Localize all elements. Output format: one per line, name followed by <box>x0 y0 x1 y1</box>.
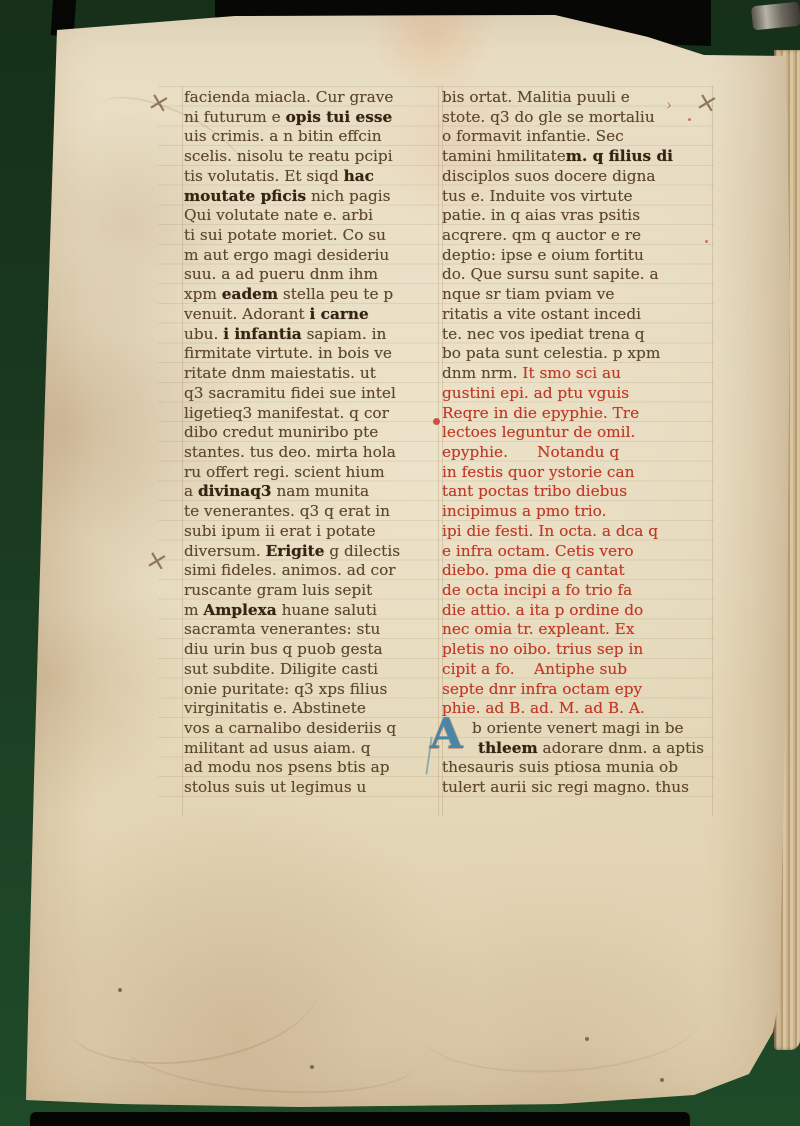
ink-speck <box>118 988 122 992</box>
ink-speck <box>585 1037 589 1041</box>
manuscript-text-line: ubu. i infantia sapiam. in <box>184 325 438 345</box>
red-speck <box>705 240 708 243</box>
manuscript-text-line: xpm eadem stella peu te p <box>184 285 438 305</box>
manuscript-text-line: stantes. tus deo. mirta hola <box>184 443 438 463</box>
manuscript-text-line: acqrere. qm q auctor e re <box>442 226 712 246</box>
manuscript-text-line: tulert aurii sic regi magno. thus <box>442 778 712 798</box>
manuscript-text-line: firmitate virtute. in bois ve <box>184 344 438 364</box>
manuscript-text-line: scelis. nisolu te reatu pcipi <box>184 147 438 167</box>
manuscript-text-line: nque sr tiam pviam ve <box>442 285 712 305</box>
manuscript-text-line: e infra octam. Cetis vero <box>442 542 712 562</box>
manuscript-text-line: ni futurum e opis tui esse <box>184 108 438 128</box>
manuscript-text-line: uis crimis. a n bitin effcin <box>184 127 438 147</box>
manuscript-text-line: die attio. a ita p ordine do <box>442 601 712 621</box>
manuscript-text-line: nec omia tr. expleant. Ex <box>442 620 712 640</box>
manuscript-text-line: ritatis a vite ostant incedi <box>442 305 712 325</box>
manuscript-text-line: ruscante gram luis sepit <box>184 581 438 601</box>
manuscript-text-line: phie. ad B. ad. M. ad B. A. <box>442 699 712 719</box>
manuscript-text-line: o formavit infantie. Sec <box>442 127 712 147</box>
manuscript-text-line: dnm nrm. It smo sci au <box>442 364 712 384</box>
manuscript-text-line: ad modu nos psens btis ap <box>184 758 438 778</box>
manuscript-text-line: septe dnr infra octam epy <box>442 680 712 700</box>
manuscript-text-line: moutate pficis nich pagis <box>184 187 438 207</box>
manuscript-text-line: tus e. Induite vos virtute <box>442 187 712 207</box>
manuscript-text-line: diversum. Erigite g dilectis <box>184 542 438 562</box>
manuscript-text-line: epyphie. Notandu q <box>442 443 712 463</box>
book-clasp <box>751 2 800 31</box>
text-column-right: bis ortat. Malitia puuli estote. q3 do g… <box>442 88 712 798</box>
manuscript-text-line: lectoes leguntur de omil. <box>442 423 712 443</box>
manuscript-text-line: sut subdite. Diligite casti <box>184 660 438 680</box>
manuscript-text-line: sacramta venerantes: stu <box>184 620 438 640</box>
ink-speck <box>660 1078 664 1082</box>
manuscript-text-line: de octa incipi a fo trio fa <box>442 581 712 601</box>
manuscript-text-line: tant poctas tribo diebus <box>442 482 712 502</box>
manuscript-text-line: patie. in q aias vras psitis <box>442 206 712 226</box>
manuscript-text-line: in festis quor ystorie can <box>442 463 712 483</box>
manuscript-text-line: suu. a ad pueru dnm ihm <box>184 265 438 285</box>
manuscript-text-line: gustini epi. ad ptu vguis <box>442 384 712 404</box>
manuscript-text-line: ritate dnm maiestatis. ut <box>184 364 438 384</box>
manuscript-text-line: diebo. pma die q cantat <box>442 561 712 581</box>
manuscript-photo: facienda miacla. Cur graveni futurum e o… <box>0 0 800 1126</box>
manuscript-text-line: thleem adorare dnm. a aptis <box>442 739 712 759</box>
manuscript-text-line: Qui volutate nate e. arbi <box>184 206 438 226</box>
manuscript-text-line: te venerantes. q3 q erat in <box>184 502 438 522</box>
manuscript-text-line: tamini hmilitatem. q filius di <box>442 147 712 167</box>
manuscript-text-line: stolus suis ut legimus u <box>184 778 438 798</box>
manuscript-text-line: m Amplexa huane saluti <box>184 601 438 621</box>
manuscript-text-line: onie puritate: q3 xps filius <box>184 680 438 700</box>
manuscript-text-line: m aut ergo magi desideriu <box>184 246 438 266</box>
red-speck <box>688 118 691 121</box>
manuscript-text-line: cipit a fo. Antiphe sub <box>442 660 712 680</box>
manuscript-text-line: bo pata sunt celestia. p xpm <box>442 344 712 364</box>
ruling-line-vertical <box>712 86 713 816</box>
manuscript-text-line: pletis no oibo. trius sep in <box>442 640 712 660</box>
manuscript-text-line: disciplos suos docere digna <box>442 167 712 187</box>
manuscript-text-line: militant ad usus aiam. q <box>184 739 438 759</box>
manuscript-text-line: ru offert regi. scient hium <box>184 463 438 483</box>
manuscript-text-line: do. Que sursu sunt sapite. a <box>442 265 712 285</box>
manuscript-text-line: dibo credut muniribo pte <box>184 423 438 443</box>
manuscript-text-line: q3 sacramitu fidei sue intel <box>184 384 438 404</box>
rubric-paraph-dot <box>433 418 440 425</box>
manuscript-text-line: virginitatis e. Abstinete <box>184 699 438 719</box>
manuscript-text-line: a divinaq3 nam munita <box>184 482 438 502</box>
manuscript-text-line: simi fideles. animos. ad cor <box>184 561 438 581</box>
text-column-left: facienda miacla. Cur graveni futurum e o… <box>184 88 438 798</box>
manuscript-text-line: stote. q3 do gle se mortaliu <box>442 108 712 128</box>
manuscript-text-line: subi ipum ii erat i potate <box>184 522 438 542</box>
ink-speck <box>310 1065 314 1069</box>
manuscript-text-line: Reqre in die epyphie. Tre <box>442 404 712 424</box>
manuscript-text-line: tis volutatis. Et siqd hac <box>184 167 438 187</box>
manuscript-text-line: deptio: ipse e oium fortitu <box>442 246 712 266</box>
manuscript-text-line: ligetieq3 manifestat. q cor <box>184 404 438 424</box>
manuscript-text-line: diu urin bus q puob gesta <box>184 640 438 660</box>
manuscript-text-line: vos a carnalibo desideriis q <box>184 719 438 739</box>
ruling-line-vertical <box>438 86 439 816</box>
manuscript-text-line: b oriente venert magi in be <box>442 719 712 739</box>
book-cover-bottom-edge <box>30 1112 690 1126</box>
ruling-line-vertical <box>182 86 183 816</box>
manuscript-text-line: thesauris suis ptiosa munia ob <box>442 758 712 778</box>
manuscript-text-line: venuit. Adorant i carne <box>184 305 438 325</box>
manuscript-text-line: facienda miacla. Cur grave <box>184 88 438 108</box>
manuscript-text-line: ipi die festi. In octa. a dca q <box>442 522 712 542</box>
manuscript-text-line: incipimus a pmo trio. <box>442 502 712 522</box>
manuscript-text-line: te. nec vos ipediat trena q <box>442 325 712 345</box>
manuscript-text-line: ti sui potate moriet. Co su <box>184 226 438 246</box>
